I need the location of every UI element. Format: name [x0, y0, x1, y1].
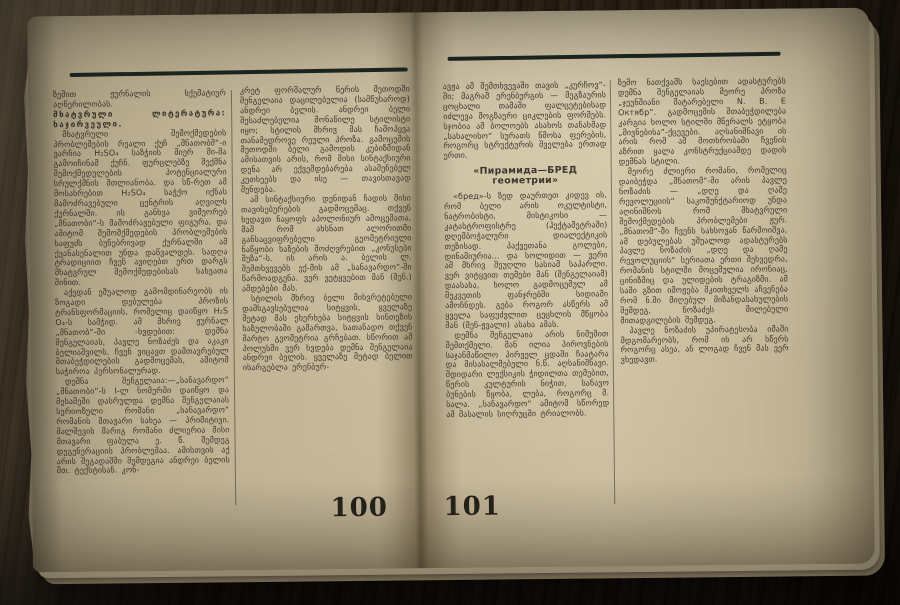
- body-paragraph: აქედან ეშუალოდ გამომდინარეობს ის ზოგადი …: [55, 286, 229, 377]
- left-page-column-divider: [231, 90, 236, 505]
- right-page-column-divider: [610, 80, 615, 504]
- book-spread: ზემით ჟურნალის სქემატიურ აღწერილობას.მხა…: [27, 8, 875, 573]
- page-number-left: 100: [324, 493, 394, 524]
- body-paragraph: პავლე ნოზაძის უპირატესობა იმაში მდგომარე…: [620, 324, 788, 365]
- open-book: ზემით ჟურნალის სქემატიურ აღწერილობას.მხა…: [27, 8, 875, 573]
- body-paragraph: კრეტ ფორმალურ წერის მეთოდში შენგელაია და…: [240, 84, 411, 195]
- body-paragraph: «бред»-ს ზედ დაურთეთ კიდევ ის, რომ ბელი …: [444, 190, 608, 330]
- body-paragraph: ავჟა ამ შემთხვევაში თავის „კურჩოვ“-ში; მ…: [443, 80, 607, 161]
- left-page-column-1: ზემით ჟურნალის სქემატიურ აღწერილობას.მხა…: [53, 88, 230, 511]
- right-page-top-rule: [448, 52, 781, 61]
- page-number-right: 101: [437, 491, 507, 522]
- body-paragraph: ამ სინტაქსიური დენიდან ჩადის მისი თავისე…: [241, 193, 412, 294]
- right-page-column-2: ზემო ნათქვამს საესებით ადასტურებს დემნა …: [618, 76, 790, 496]
- body-paragraph: მეორე ძლიერი რომანი, რომელიც დაიბეჭდა „მ…: [619, 166, 789, 326]
- right-page-column-1: ავჟა ამ შემთხვევაში თავის „კურჩოვ“-ში; მ…: [443, 80, 610, 512]
- body-paragraph: მხატვრული ლიტერატურა: ხაჯირვეული.: [53, 108, 226, 130]
- body-paragraph: დემნა შენგელაია:—„სანავარდო“ „მნათობი“-ს…: [56, 376, 230, 477]
- photo-scene: ზემით ჟურნალის სქემატიურ აღწერილობას.მხა…: [0, 0, 900, 605]
- article-heading: «Пирамида—БРЕД геометрии»: [444, 166, 607, 188]
- body-paragraph: ზემო ნათქვამს საესებით ადასტურებს დემნა …: [618, 76, 787, 167]
- left-page-column-2: კრეტ ფორმალურ წერის მეთოდში შენგელაია და…: [240, 84, 414, 507]
- body-paragraph: მხატვრული შემოქმედების პრობლემების რეალი…: [53, 128, 228, 288]
- body-paragraph: სტილის მხრივ ბელი მიხვრეტებული დამსგავსე…: [242, 292, 413, 373]
- left-page-top-rule: [70, 67, 408, 77]
- body-paragraph: ზემით ჟურნალის სქემატიურ აღწერილობას.: [53, 88, 226, 110]
- body-paragraph: დემნა შენგელაია არის ნიმუშით შემთქმელი. …: [445, 329, 609, 420]
